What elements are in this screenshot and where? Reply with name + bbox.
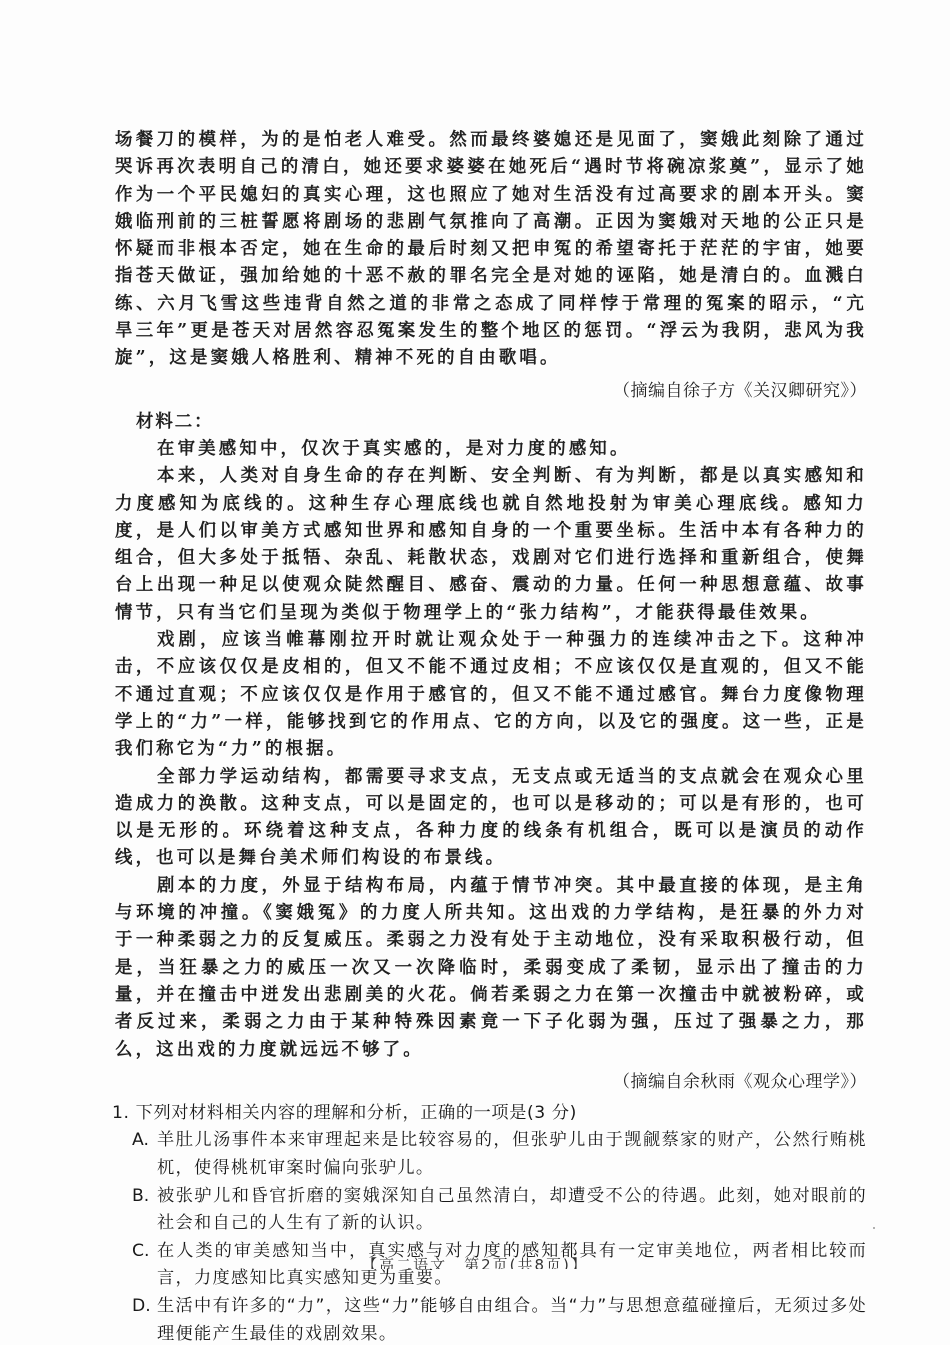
scan-speck bbox=[873, 1227, 875, 1229]
option-text: 羊肚儿汤事件本来审理起来是比较容易的，但张驴儿由于觊觎蔡家的财产，公然行贿桃杌，… bbox=[157, 1127, 867, 1182]
material-two-title: 材料二： bbox=[136, 409, 867, 436]
question-stem: 1. 下列对材料相关内容的理解和分析，正确的一项是(3 分) bbox=[112, 1100, 867, 1128]
material-two-paragraph: 剧本的力度，外显于结构布局，内蕴于情节冲突。其中最直接的体现，是主角与环境的冲撞… bbox=[115, 873, 867, 1064]
material-two-paragraph: 全部力学运动结构，都需要寻求支点，无支点或无适当的支点就会在观众心里造成力的涣散… bbox=[115, 764, 867, 873]
option-a: A. 羊肚儿汤事件本来审理起来是比较容易的，但张驴儿由于觊觎蔡家的财产，公然行贿… bbox=[132, 1127, 867, 1182]
question-1: 1. 下列对材料相关内容的理解和分析，正确的一项是(3 分) A. 羊肚儿汤事件… bbox=[115, 1100, 867, 1345]
material-two-source: （摘编自余秋雨《观众心理学》） bbox=[115, 1068, 867, 1096]
page-footer: 【高二语文 第2页(共8页)】 bbox=[0, 1251, 950, 1269]
option-b: B. 被张驴儿和昏官折磨的窦娥深知自己虽然清白，却遭受不公的待遇。此刻，她对眼前… bbox=[132, 1183, 867, 1238]
material-one-source: （摘编自徐子方《关汉卿研究》） bbox=[115, 377, 867, 405]
material-two-paragraph: 本来，人类对自身生命的存在判断、安全判断、有为判断，都是以真实感知和力度感知为底… bbox=[115, 463, 867, 627]
material-one-paragraph: 场餐刀的模样，为的是怕老人难受。然而最终婆媳还是见面了，窦娥此刻除了通过哭诉再次… bbox=[115, 127, 867, 373]
page-content: 场餐刀的模样，为的是怕老人难受。然而最终婆媳还是见面了，窦娥此刻除了通过哭诉再次… bbox=[115, 127, 867, 1345]
option-label: A. bbox=[132, 1127, 157, 1182]
option-label: D. bbox=[132, 1293, 157, 1345]
material-two-paragraph: 在审美感知中，仅次于真实感的，是对力度的感知。 bbox=[115, 436, 867, 463]
option-text: 被张驴儿和昏官折磨的窦娥深知自己虽然清白，却遭受不公的待遇。此刻，她对眼前的社会… bbox=[157, 1183, 867, 1238]
option-d: D. 生活中有许多的“力”，这些“力”能够自由组合。当“力”与思想意蕴碰撞后，无… bbox=[132, 1293, 867, 1345]
material-two-paragraph: 戏剧，应该当帷幕刚拉开时就让观众处于一种强力的连续冲击之下。这种冲击，不应该仅仅… bbox=[115, 627, 867, 763]
option-text: 生活中有许多的“力”，这些“力”能够自由组合。当“力”与思想意蕴碰撞后，无须过多… bbox=[157, 1293, 867, 1345]
exam-page: 场餐刀的模样，为的是怕老人难受。然而最终婆媳还是见面了，窦娥此刻除了通过哭诉再次… bbox=[0, 0, 950, 1345]
option-label: B. bbox=[132, 1183, 157, 1238]
